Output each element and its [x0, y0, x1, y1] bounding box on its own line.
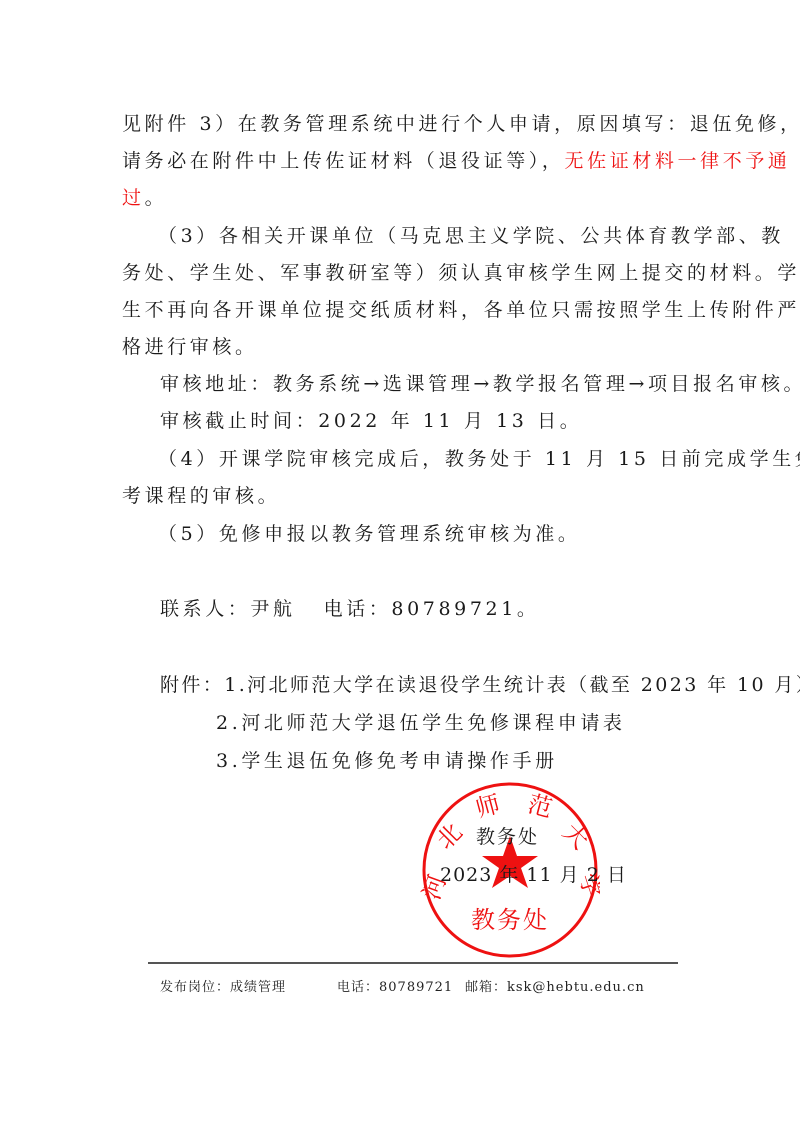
para1-line2: 请务必在附件中上传佐证材料（退役证等），无佐证材料一律不予通 — [122, 149, 682, 173]
official-seal: 河 北 师 范 大 学 教务处 教务处 2023 年 11 月 2 日 — [420, 780, 600, 960]
para4-line2: 考课程的审核。 — [122, 484, 682, 508]
review-deadline: 审核截止时间：2022 年 11 月 13 日。 — [160, 409, 680, 433]
footer-email[interactable]: 邮箱：ksk@hebtu.edu.cn — [465, 976, 645, 995]
para1-line3: 过。 — [122, 186, 682, 210]
seal-arc-char-3: 师 — [473, 790, 503, 823]
document-page: 见附件 3）在教务管理系统中进行个人申请，原因填写：退伍免修， 请务必在附件中上… — [0, 0, 800, 1131]
contact-person: 联系人：尹航 — [160, 598, 296, 620]
attachment-item-1: 1.河北师范大学在读退役学生统计表（截至 2023 年 10 月） — [224, 674, 800, 696]
attachment-item-3: 3.学生退伍免修免考申请操作手册 — [216, 749, 776, 773]
para1-period: 。 — [145, 187, 168, 209]
footer-divider — [148, 962, 678, 964]
para2-line3: 生不再向各开课单位提交纸质材料，各单位只需按照学生上传附件严 — [122, 298, 682, 322]
footer-post: 发布岗位：成绩管理 — [160, 976, 286, 995]
para1-line2-normal: 请务必在附件中上传佐证材料（退役证等）， — [122, 150, 565, 172]
seal-arc-char-5: 大 — [557, 818, 594, 855]
para2-line4: 格进行审核。 — [122, 335, 682, 359]
signature-date: 2023 年 11 月 2 日 — [440, 860, 627, 887]
attachment-item-2: 2.河北师范大学退伍学生免修课程申请表 — [216, 711, 776, 735]
para1-warning-end: 过 — [122, 187, 145, 209]
para1-line1: 见附件 3）在教务管理系统中进行个人申请，原因填写：退伍免修， — [122, 112, 682, 136]
para1-warning-text: 无佐证材料一律不予通 — [565, 150, 791, 172]
contact-line: 联系人：尹航电话：80789721。 — [160, 597, 680, 621]
seal-arc-char-4: 范 — [525, 790, 555, 823]
para4-line1: （4）开课学院审核完成后，教务处于 11 月 15 日前完成学生免 — [158, 447, 678, 471]
attachments-label: 附件： — [160, 674, 224, 696]
para5: （5）免修申报以教务管理系统审核为准。 — [158, 522, 678, 546]
review-address: 审核地址：教务系统→选课管理→教学报名管理→项目报名审核。 — [160, 372, 720, 396]
signature-department: 教务处 — [476, 822, 539, 849]
seal-bottom-text: 教务处 — [471, 906, 549, 934]
para2-line2: 务处、学生处、军事教研室等）须认真审核学生网上提交的材料。学 — [122, 261, 682, 285]
para2-line1: （3）各相关开课单位（马克思主义学院、公共体育教学部、教 — [158, 224, 678, 248]
contact-phone: 电话：80789721。 — [324, 598, 540, 620]
attachments-line1: 附件：1.河北师范大学在读退役学生统计表（截至 2023 年 10 月） — [160, 673, 700, 697]
footer-phone: 电话：80789721 — [337, 976, 453, 995]
